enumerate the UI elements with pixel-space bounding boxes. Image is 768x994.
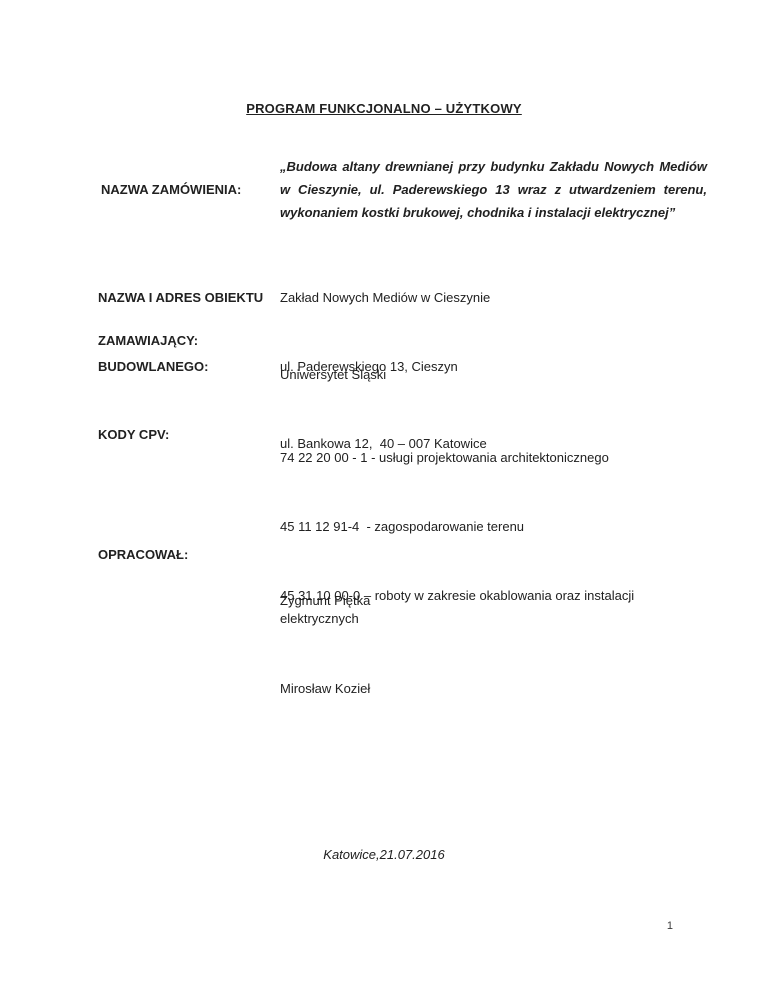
- document-page: PROGRAM FUNKCJONALNO – UŻYTKOWY NAZWA ZA…: [0, 0, 768, 994]
- client-label: ZAMAWIAJĄCY:: [98, 317, 280, 352]
- cpv-code-1: 74 22 20 00 - 1 - usługi projektowania a…: [280, 446, 707, 469]
- document-title: PROGRAM FUNKCJONALNO – UŻYTKOWY: [0, 97, 768, 120]
- author-name-1: Zygmunt Piętka: [280, 589, 707, 612]
- order-name-value: „Budowa altany drewnianej przy budynku Z…: [280, 155, 707, 224]
- object-name: Zakład Nowych Mediów w Cieszynie: [280, 286, 707, 309]
- client-name: Uniwersytet Śląski: [280, 363, 707, 386]
- authors-value: Zygmunt Piętka Mirosław Kozieł: [280, 543, 707, 746]
- author-name-2: Mirosław Kozieł: [280, 677, 707, 700]
- authors-label: OPRACOWAŁ:: [98, 543, 280, 566]
- page-number: 1: [667, 919, 673, 934]
- section-authors: OPRACOWAŁ: Zygmunt Piętka Mirosław Kozie…: [98, 543, 707, 746]
- cpv-label: KODY CPV:: [98, 400, 280, 446]
- footer-date: Katowice,21.07.2016: [0, 843, 768, 866]
- cpv-code-2: 45 11 12 91-4 - zagospodarowanie terenu: [280, 515, 707, 538]
- object-label-line1: NAZWA I ADRES OBIEKTU: [98, 286, 280, 309]
- order-name-label: NAZWA ZAMÓWIENIA:: [98, 155, 280, 201]
- document-title-text: PROGRAM FUNKCJONALNO – UŻYTKOWY: [246, 101, 522, 116]
- section-order-name: NAZWA ZAMÓWIENIA: „Budowa altany drewnia…: [98, 155, 707, 224]
